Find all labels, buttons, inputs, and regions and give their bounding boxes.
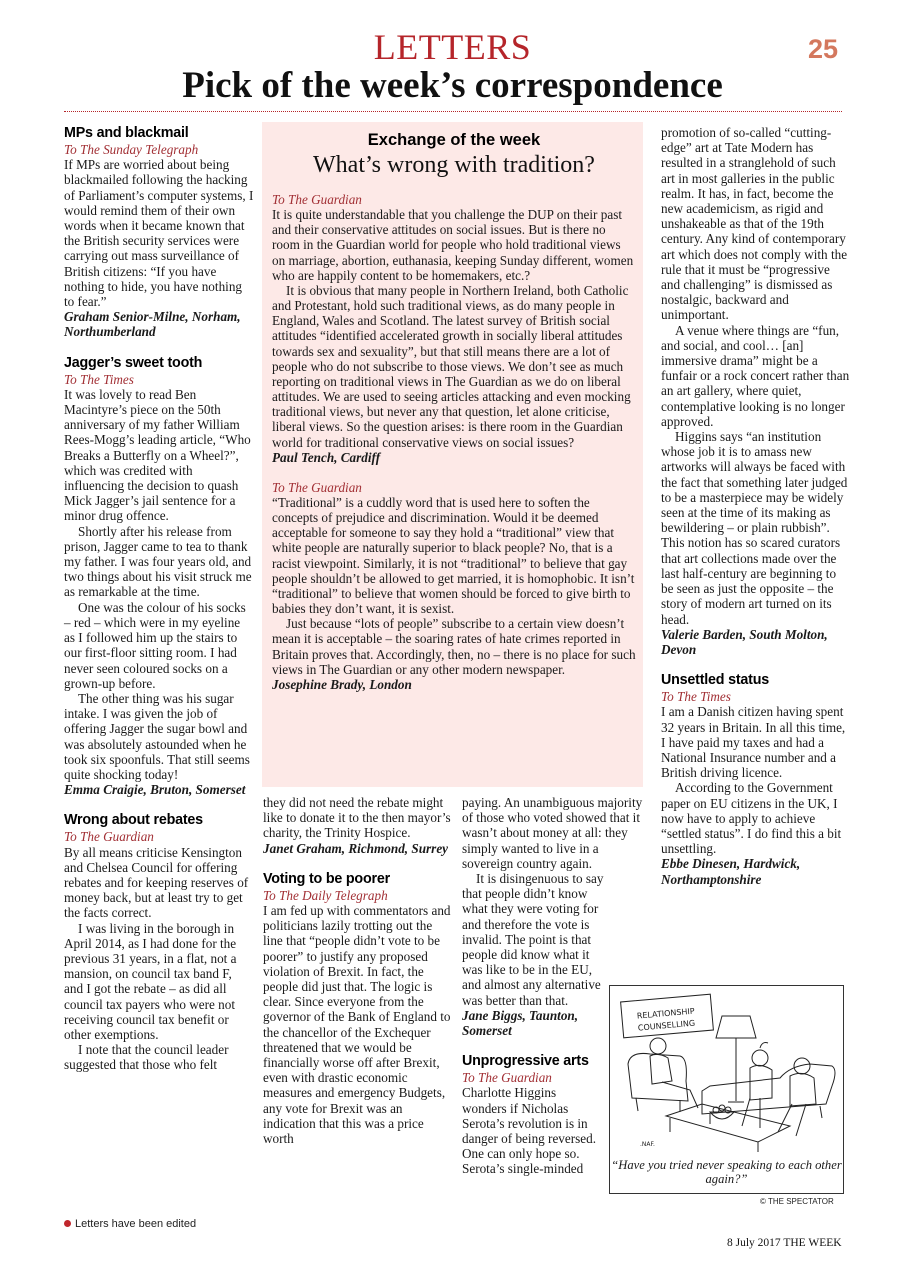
letter-recipient: To The Times [64, 372, 254, 387]
letter-paragraph: Higgins says “an institution whose job i… [661, 429, 851, 627]
letter-paragraph-continued: promotion of so-called “cutting-edge” ar… [661, 125, 851, 323]
letter-paragraph: I was living in the borough in April 201… [64, 921, 254, 1043]
letter-paragraph: By all means criticise Kensington and Ch… [64, 845, 254, 921]
letter-rebates: Wrong about rebates To The Guardian By a… [64, 812, 254, 1072]
letter-paragraph: Charlotte Higgins wonders if Nicholas Se… [462, 1085, 602, 1176]
letter-paragraph: “Traditional” is a cuddly word that is u… [272, 495, 636, 616]
letter-recipient: To The Guardian [272, 480, 636, 495]
letter-arts: Unprogressive arts To The Guardian Charl… [462, 1053, 602, 1176]
letter-signature: Paul Tench, Cardiff [272, 450, 636, 465]
exchange-of-the-week-box: Exchange of the week What’s wrong with t… [262, 122, 643, 787]
letter-paragraph: I am fed up with commentators and politi… [263, 903, 453, 1146]
cartoon-sign-line2: COUNSELLING [638, 1019, 696, 1033]
bullet-icon [64, 1220, 71, 1227]
letter-heading: Jagger’s sweet tooth [64, 355, 254, 372]
letter-jagger: Jagger’s sweet tooth To The Times It was… [64, 355, 254, 798]
page-number: 25 [808, 34, 838, 65]
letter-paragraph: One was the colour of his socks – red – … [64, 600, 254, 691]
letter-paragraph-continued: paying. An unambiguous majority of those… [462, 795, 647, 871]
cartoon-credit: © THE SPECTATOR [760, 1197, 834, 1206]
letter-signature: Janet Graham, Richmond, Surrey [263, 841, 453, 856]
cartoon-artist-signature: .NAF. [640, 1141, 655, 1148]
letter-unsettled: Unsettled status To The Times I am a Dan… [661, 672, 851, 887]
letter-paragraph: It is quite understandable that you chal… [272, 207, 636, 283]
column-4: promotion of so-called “cutting-edge” ar… [661, 125, 851, 887]
letter-paragraph: If MPs are worried about being blackmail… [64, 157, 254, 309]
exchange-letter-2: To The Guardian “Traditional” is a cuddl… [272, 480, 636, 692]
cartoon-caption: “Have you tried never speaking to each o… [610, 1158, 843, 1186]
letter-paragraph: Just because “lots of people” subscribe … [272, 616, 636, 677]
footnote-text: Letters have been edited [75, 1218, 196, 1230]
letter-paragraph: According to the Government paper on EU … [661, 780, 851, 856]
letter-recipient: To The Sunday Telegraph [64, 142, 254, 157]
section-kicker: LETTERS [0, 28, 905, 66]
letter-signature: Ebbe Dinesen, Hardwick, Northamptonshire [661, 856, 851, 886]
letter-paragraph: I note that the council leader suggested… [64, 1042, 254, 1072]
page-footer: 8 July 2017 THE WEEK [727, 1237, 842, 1249]
letter-signature: Jane Biggs, Taunton, Somerset [462, 1008, 602, 1038]
footnote: Letters have been edited [64, 1218, 196, 1230]
exchange-title: What’s wrong with tradition? [272, 150, 636, 180]
letter-recipient: To The Guardian [272, 192, 636, 207]
letter-paragraph-continued: they did not need the rebate might like … [263, 795, 453, 841]
letter-heading: MPs and blackmail [64, 125, 254, 142]
letter-paragraph: A venue where things are “fun, and socia… [661, 323, 851, 429]
cartoon: RELATIONSHIP COUNSELLING .NAF. “Have you… [609, 985, 844, 1194]
letter-recipient: To The Guardian [462, 1070, 602, 1085]
letter-heading: Unprogressive arts [462, 1053, 602, 1070]
letter-voting: Voting to be poorer To The Daily Telegra… [263, 871, 453, 1146]
letter-recipient: To The Times [661, 689, 851, 704]
letter-heading: Voting to be poorer [263, 871, 453, 888]
letter-paragraph: It is disingenuous to say that people di… [462, 871, 612, 1008]
letter-signature: Graham Senior-Milne, Norham, Northumberl… [64, 309, 254, 339]
letter-paragraph: It is obvious that many people in Northe… [272, 283, 636, 450]
header-rule [64, 111, 842, 112]
letter-mps-blackmail: MPs and blackmail To The Sunday Telegrap… [64, 125, 254, 340]
letter-paragraph: It was lovely to read Ben Macintyre’s pi… [64, 387, 254, 524]
letter-signature: Josephine Brady, London [272, 677, 636, 692]
exchange-letter-1: To The Guardian It is quite understandab… [272, 192, 636, 465]
exchange-kicker: Exchange of the week [272, 130, 636, 150]
letter-paragraph: Shortly after his release from prison, J… [64, 524, 254, 600]
column-1: MPs and blackmail To The Sunday Telegrap… [64, 125, 254, 1073]
page-title: Pick of the week’s correspondence [0, 64, 905, 108]
letter-recipient: To The Daily Telegraph [263, 888, 453, 903]
letter-heading: Unsettled status [661, 672, 851, 689]
column-2: they did not need the rebate might like … [263, 795, 453, 1146]
letter-recipient: To The Guardian [64, 829, 254, 844]
letter-heading: Wrong about rebates [64, 812, 254, 829]
letter-signature: Valerie Barden, South Molton, Devon [661, 627, 851, 657]
cartoon-drawing: RELATIONSHIP COUNSELLING .NAF. [610, 986, 843, 1156]
letter-paragraph: I am a Danish citizen having spent 32 ye… [661, 704, 851, 780]
letter-paragraph: The other thing was his sugar intake. I … [64, 691, 254, 782]
letter-signature: Emma Craigie, Bruton, Somerset [64, 782, 254, 797]
